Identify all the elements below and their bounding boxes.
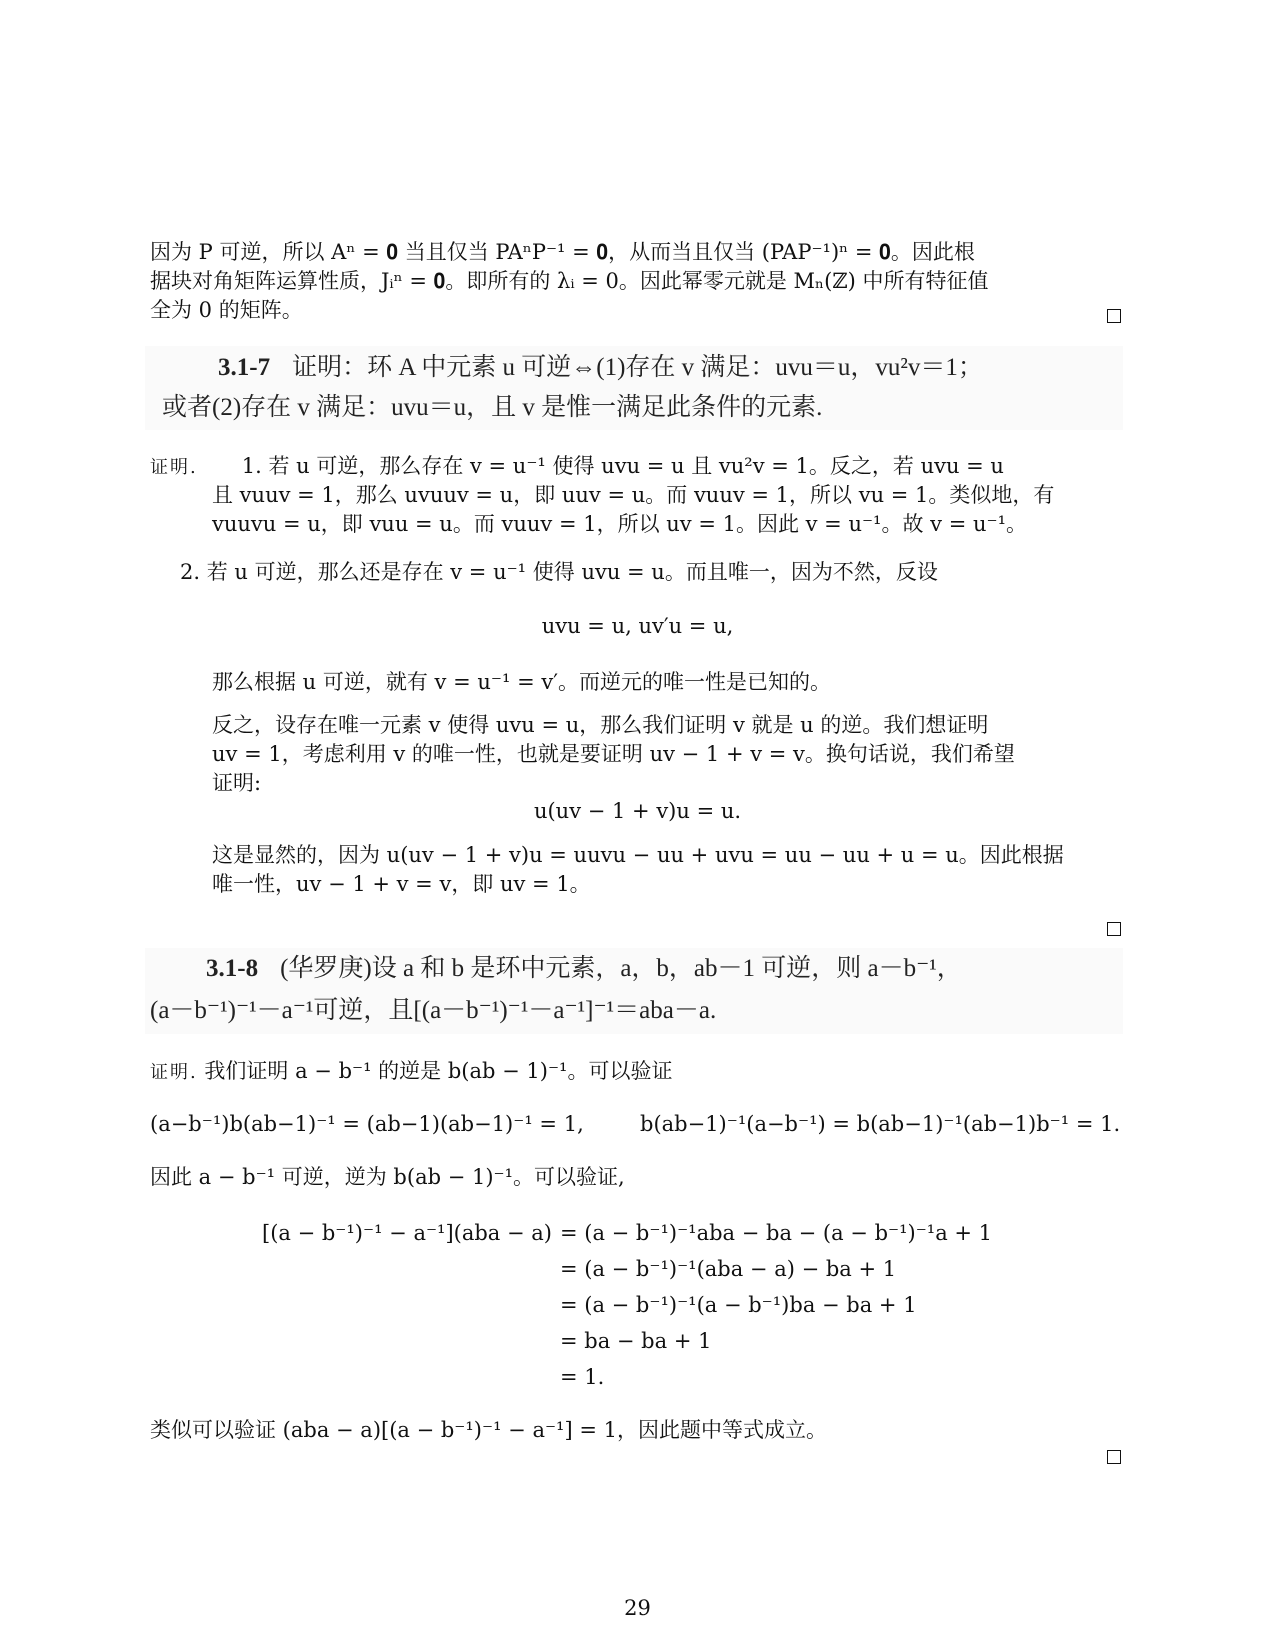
proof-line: 那么根据 u 可逆，就有 v = u⁻¹ = v′。而逆元的唯一性是已知的。 <box>212 668 831 696</box>
qed-box-icon <box>1107 1450 1121 1464</box>
display-equation: uvu = u, uv′u = u, <box>0 612 1275 640</box>
qed-box-icon <box>1107 922 1121 936</box>
proof-text: 我们证明 a − b⁻¹ 的逆是 b(ab − 1)⁻¹。可以验证 <box>204 1059 672 1083</box>
text-line: 据块对角矩阵运算性质，Jᵢⁿ = 𝟎。即所有的 λᵢ = 0。因此幂零元就是 M… <box>150 267 989 295</box>
problem-statement-line: (a－b⁻¹)⁻¹－a⁻¹可逆，且[(a－b⁻¹)⁻¹－a⁻¹]⁻¹＝aba－a… <box>150 995 716 1027</box>
problem-number: 3.1-8 <box>206 955 258 982</box>
equation-lhs: [(a − b⁻¹)⁻¹ − a⁻¹](aba − a) <box>262 1219 552 1247</box>
equation-row: = ba − ba + 1 <box>560 1327 711 1355</box>
qed-box-icon <box>1107 309 1121 323</box>
display-equation: b(ab−1)⁻¹(a−b⁻¹) = b(ab−1)⁻¹(ab−1)b⁻¹ = … <box>640 1110 1120 1138</box>
problem-statement-line: 3.1-7证明：环 A 中元素 u 可逆⇔(1)存在 v 满足：uvu＝u，vu… <box>218 352 983 384</box>
problem-text: (华罗庚)设 a 和 b 是环中元素，a，b，ab－1 可逆，则 a－b⁻¹， <box>280 955 962 982</box>
proof-label: 证明. <box>150 1062 198 1083</box>
proof-line: uv = 1，考虑利用 v 的唯一性，也就是要证明 uv − 1 + v = v… <box>212 740 1015 768</box>
proof-line: 这是显然的，因为 u(uv − 1 + v)u = uuvu − uu + uv… <box>212 841 1064 869</box>
proof-line: 2. 若 u 可逆，那么还是存在 v = u⁻¹ 使得 uvu = u。而且唯一… <box>180 558 938 586</box>
proof-text: 1. 若 u 可逆，那么存在 v = u⁻¹ 使得 uvu = u 且 vu²v… <box>242 454 1004 478</box>
equation-row: = (a − b⁻¹)⁻¹aba − ba − (a − b⁻¹)⁻¹a + 1 <box>560 1219 992 1247</box>
problem-statement-line: 3.1-8(华罗庚)设 a 和 b 是环中元素，a，b，ab－1 可逆，则 a－… <box>206 953 962 985</box>
proof-line: 证明. 我们证明 a − b⁻¹ 的逆是 b(ab − 1)⁻¹。可以验证 <box>150 1057 672 1087</box>
proof-line: 类似可以验证 (aba − a)[(a − b⁻¹)⁻¹ − a⁻¹] = 1，… <box>150 1416 827 1444</box>
problem-number: 3.1-7 <box>218 354 270 381</box>
equation-row: = (a − b⁻¹)⁻¹(a − b⁻¹)ba − ba + 1 <box>560 1291 917 1319</box>
proof-label: 证明. <box>150 457 198 478</box>
display-equation: u(uv − 1 + v)u = u. <box>0 797 1275 825</box>
proof-line: 证明: <box>212 769 261 797</box>
problem-statement-line: 或者(2)存在 v 满足：uvu＝u，且 v 是惟一满足此条件的元素. <box>162 392 822 424</box>
equation-row: = (a − b⁻¹)⁻¹(aba − a) − ba + 1 <box>560 1255 896 1283</box>
proof-line: vuuvu = u，即 vuu = u。而 vuuv = 1，所以 uv = 1… <box>212 510 1027 538</box>
display-equation: (a−b⁻¹)b(ab−1)⁻¹ = (ab−1)(ab−1)⁻¹ = 1, <box>150 1110 584 1138</box>
problem-text: 证明：环 A 中元素 u 可逆⇔(1)存在 v 满足：uvu＝u，vu²v＝1； <box>292 354 983 381</box>
page-number: 29 <box>0 1596 1275 1620</box>
proof-line: 证明.1. 若 u 可逆，那么存在 v = u⁻¹ 使得 uvu = u 且 v… <box>150 452 1004 482</box>
text-line: 因为 P 可逆，所以 Aⁿ = 𝟎 当且仅当 PAⁿP⁻¹ = 𝟎，从而当且仅当… <box>150 238 975 266</box>
proof-line: 反之，设存在唯一元素 v 使得 uvu = u，那么我们证明 v 就是 u 的逆… <box>212 711 988 739</box>
proof-line: 且 vuuv = 1，那么 uvuuv = u，即 uuv = u。而 vuuv… <box>212 481 1054 509</box>
equation-row: = 1. <box>560 1363 604 1391</box>
proof-line: 因此 a − b⁻¹ 可逆，逆为 b(ab − 1)⁻¹。可以验证, <box>150 1163 625 1191</box>
text-line: 全为 0 的矩阵。 <box>150 296 303 324</box>
proof-line: 唯一性，uv − 1 + v = v，即 uv = 1。 <box>212 870 591 898</box>
